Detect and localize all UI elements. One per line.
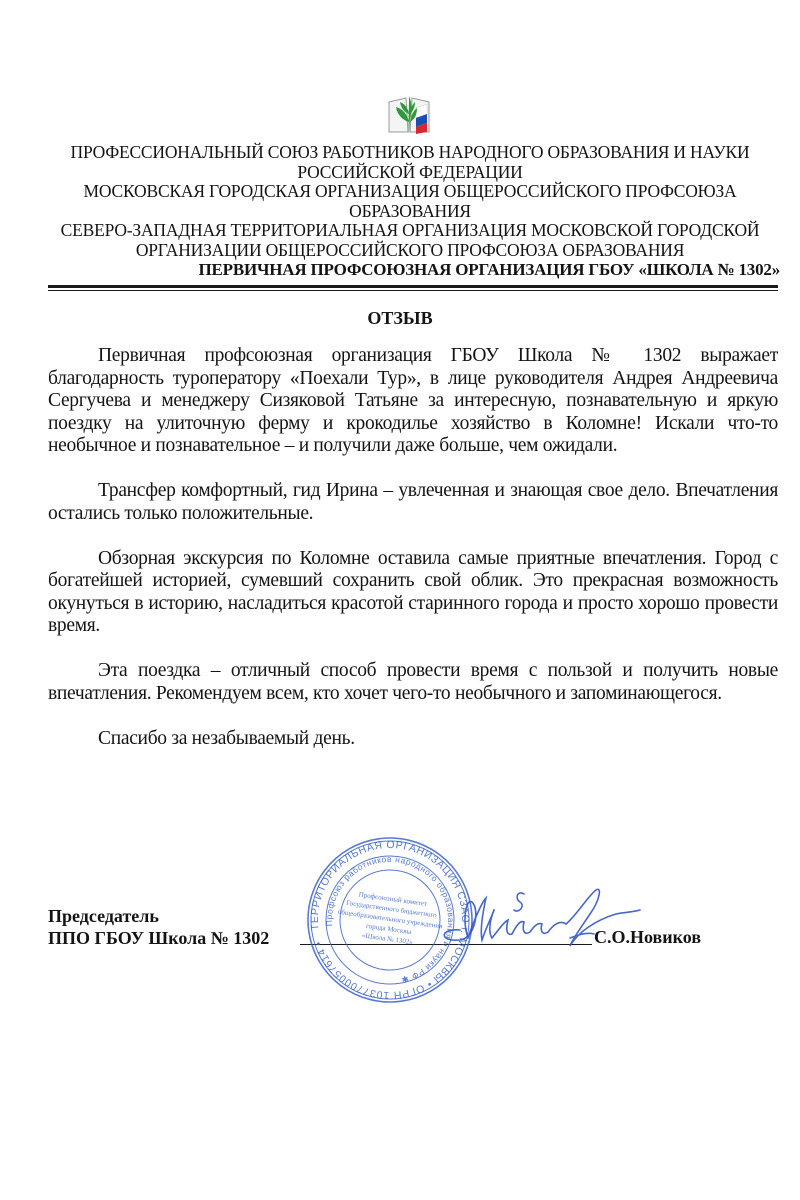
letterhead-line: МОСКОВСКАЯ ГОРОДСКАЯ ОРГАНИЗАЦИЯ ОБЩЕРОС…: [30, 182, 790, 202]
letterhead-line: РОССИЙСКОЙ ФЕДЕРАЦИИ: [30, 163, 790, 183]
letterhead: ПРОФЕССИОНАЛЬНЫЙ СОЮЗ РАБОТНИКОВ НАРОДНО…: [30, 143, 790, 280]
letterhead-organization: ПЕРВИЧНАЯ ПРОФСОЮЗНАЯ ОРГАНИЗАЦИЯ ГБОУ «…: [30, 260, 790, 280]
signatory-organization: ППО ГБОУ Школа № 1302: [48, 927, 269, 949]
header-divider-thin: [48, 290, 778, 291]
document-body: Первичная профсоюзная организация ГБОУ Ш…: [48, 345, 778, 773]
header-divider-thick: [48, 285, 778, 288]
letterhead-line: ПРОФЕССИОНАЛЬНЫЙ СОЮЗ РАБОТНИКОВ НАРОДНО…: [30, 143, 790, 163]
closing-paragraph: Спасибо за незабываемый день.: [48, 728, 778, 751]
union-logo-icon: [386, 92, 432, 138]
paragraph: Обзорная экскурсия по Коломне оставила с…: [48, 548, 778, 638]
handwritten-signature-icon: [420, 880, 650, 960]
letterhead-line: ОРГАНИЗАЦИИ ОБЩЕРОССИЙСКОГО ПРОФСОЮЗА ОБ…: [30, 241, 790, 261]
paragraph: Трансфер комфортный, гид Ирина – увлечен…: [48, 480, 778, 525]
signatory-role: Председатель ППО ГБОУ Школа № 1302: [48, 905, 269, 949]
letterhead-line: ОБРАЗОВАНИЯ: [30, 202, 790, 222]
signatory-title: Председатель: [48, 905, 269, 927]
letterhead-line: СЕВЕРО-ЗАПАДНАЯ ТЕРРИТОРИАЛЬНАЯ ОРГАНИЗА…: [30, 221, 790, 241]
paragraph: Эта поездка – отличный способ провести в…: [48, 660, 778, 705]
document-title: ОТЗЫВ: [0, 308, 800, 329]
paragraph: Первичная профсоюзная организация ГБОУ Ш…: [48, 345, 778, 458]
